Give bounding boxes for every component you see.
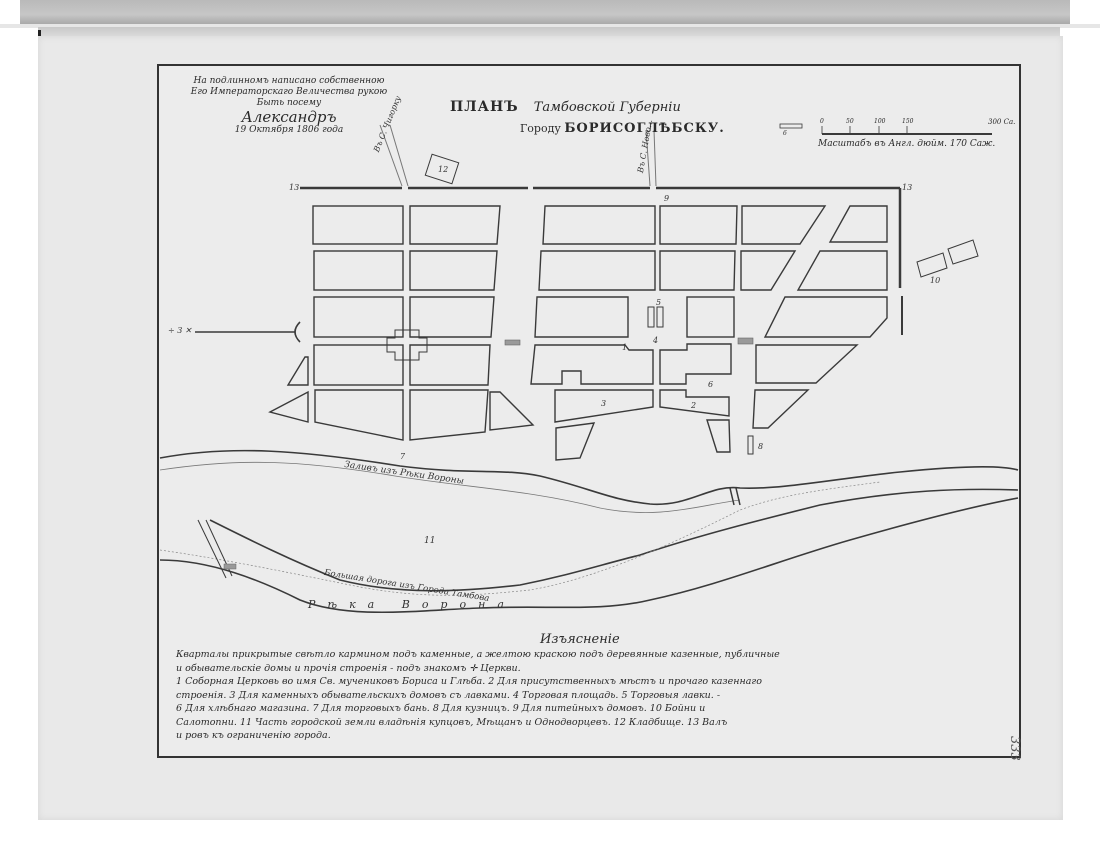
legend-explanation: Кварталы прикрытые свѣтло кармином подъ …	[176, 648, 936, 743]
scale-end-label: 300 Са.	[988, 118, 1015, 126]
dedication-line-1: На подлинномъ написано собственною	[164, 76, 414, 87]
site-13: 13	[289, 183, 299, 192]
scale-small-bar-label: 6	[783, 130, 787, 137]
dedication-date: 19 Октября 1806 года	[164, 125, 414, 136]
dedication-signature: Александръ	[164, 109, 414, 125]
site-5: 5	[656, 298, 661, 307]
title-province: Тамбовской Губернiи	[534, 100, 681, 115]
site-2: 2	[691, 401, 696, 410]
site-7: 7	[400, 452, 405, 461]
legend-line: Кварталы прикрытые свѣтло кармином подъ …	[176, 648, 936, 662]
scale-tick-100: 100	[874, 118, 885, 125]
map-title: ПЛАНЪ Тамбовской Губернiи Городу БОРИСОГ…	[450, 96, 750, 136]
site-1: 1	[622, 343, 627, 352]
scale-tick-150: 150	[902, 118, 913, 125]
legend-title: Изъясненiе	[540, 632, 620, 647]
dedication-line-2: Его Императорскаго Величества рукою	[164, 87, 414, 98]
legend-line: 1 Соборная Церковь во имя Св. мучениковъ…	[176, 675, 936, 689]
title-plan: ПЛАНЪ	[450, 99, 519, 115]
site-3: 3	[601, 399, 606, 408]
imperial-dedication: На подлинномъ написано собственною Его И…	[164, 76, 414, 136]
backwater-north-bank	[160, 451, 1018, 505]
page-number: 333	[1007, 736, 1022, 761]
site-13-east: 13	[902, 183, 912, 192]
legend-line: и ровъ къ ограниченiю города.	[176, 729, 936, 743]
legend-line: 6 Для хлѣбнаго магазина. 7 Для торговыхъ…	[176, 702, 936, 716]
scale-caption: Масштабъ въ Англ. дюйм. 170 Саж.	[818, 139, 995, 149]
site-4: 4	[653, 336, 658, 345]
tambov-road	[160, 482, 880, 595]
scale-tick-50: 50	[846, 118, 854, 125]
legend-line: и обывательскiе домы и прочiя строенiя -…	[176, 662, 936, 676]
site-10: 10	[930, 276, 940, 285]
site-6: 6	[708, 380, 713, 389]
river-south-bank	[160, 498, 1018, 612]
site-12: 12	[438, 165, 448, 174]
legend-line: строенiя. 3 Для каменныхъ обывательскихъ…	[176, 689, 936, 703]
site-11: 11	[424, 536, 435, 546]
site-8: 8	[758, 442, 763, 451]
west-road-mark: ÷ 3 ✕	[168, 326, 192, 335]
scale-tick-0: 0	[820, 118, 824, 125]
title-city-prefix: Городу	[520, 122, 561, 135]
site-9: 9	[664, 194, 669, 203]
river-label: Рѣка Ворона	[308, 598, 516, 611]
legend-line: Салотопни. 11 Часть городской земли влад…	[176, 716, 936, 730]
